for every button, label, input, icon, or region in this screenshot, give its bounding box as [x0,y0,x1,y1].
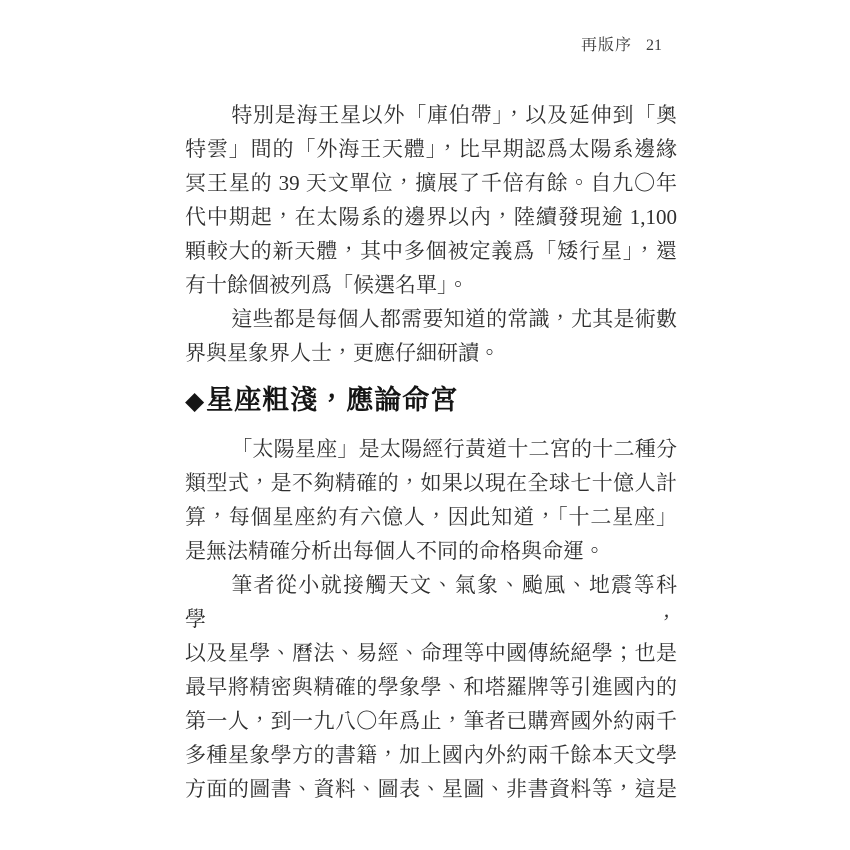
chapter-title: 再版序 [581,37,632,54]
paragraph: 筆者從小就接觸天文、氣象、颱風、地震等科學，以及星學、曆法、易經、命理等中國傳統… [185,568,677,806]
book-page: 再版序21 特別是海王星以外「庫伯帶」，以及延伸到「奧特雲」間的「外海王天體」，… [0,0,850,850]
paragraph: 這些都是每個人都需要知道的常識，尤其是術數界與星象界人士，更應仔細研讀。 [185,302,677,370]
text-line: 特雲」間的「外海王天體」，比早期認爲太陽系邊緣 [185,132,677,166]
text-line: 冥王星的 39 天文單位，擴展了千倍有餘。自九〇年 [185,166,677,200]
diamond-bullet-icon: ◆ [185,388,205,415]
text-line: 這些都是每個人都需要知道的常識，尤其是術數 [185,302,677,336]
text-line: 第一人，到一九八〇年爲止，筆者已購齊國外約兩千 [185,704,677,738]
text-line: 界與星象界人士，更應仔細研讀。 [185,336,677,370]
page-number: 21 [646,37,662,54]
running-header: 再版序21 [581,32,662,55]
section-heading: ◆星座粗淺，應論命宮 [185,380,677,422]
text-line: 類型式，是不夠精確的，如果以現在全球七十億人計 [185,466,677,500]
paragraph: 「太陽星座」是太陽經行黃道十二宮的十二種分類型式，是不夠精確的，如果以現在全球七… [185,432,677,568]
text-line: 代中期起，在太陽系的邊界以內，陸續發現逾 1,100 [185,200,677,234]
paragraph: 特別是海王星以外「庫伯帶」，以及延伸到「奧特雲」間的「外海王天體」，比早期認爲太… [185,98,677,302]
text-line: 有十餘個被列爲「候選名單」。 [185,268,677,302]
text-line: 是無法精確分析出每個人不同的命格與命運。 [185,534,677,568]
text-line: 算，每個星座約有六億人，因此知道，「十二星座」 [185,500,677,534]
text-line: 最早將精密與精確的學象學、和塔羅牌等引進國內的 [185,670,677,704]
section-heading-text: 星座粗淺，應論命宮 [206,385,458,415]
text-line: 多種星象學方的書籍，加上國內外約兩千餘本天文學 [185,738,677,772]
page-content: 特別是海王星以外「庫伯帶」，以及延伸到「奧特雲」間的「外海王天體」，比早期認爲太… [185,98,677,806]
text-line: 顆較大的新天體，其中多個被定義爲「矮行星」，還 [185,234,677,268]
text-line: 以及星學、曆法、易經、命理等中國傳統絕學；也是 [185,636,677,670]
text-line: 特別是海王星以外「庫伯帶」，以及延伸到「奧 [185,98,677,132]
text-line: 筆者從小就接觸天文、氣象、颱風、地震等科學， [185,568,677,636]
text-line: 方面的圖書、資料、圖表、星圖、非書資料等，這是 [185,772,677,806]
text-line: 「太陽星座」是太陽經行黃道十二宮的十二種分 [185,432,677,466]
